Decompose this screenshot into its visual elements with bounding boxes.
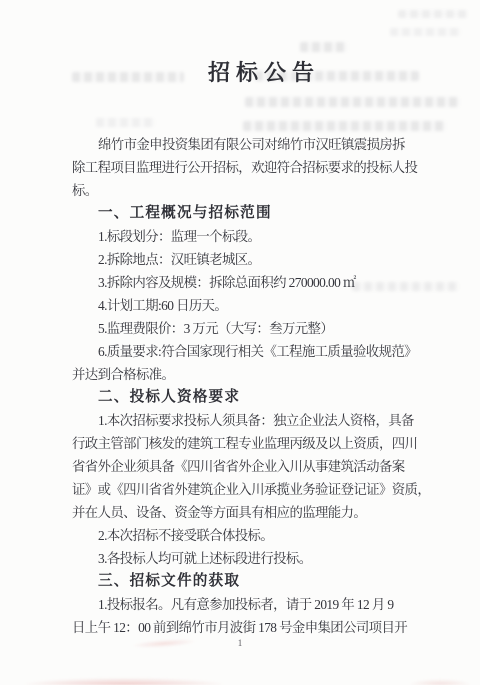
section1-line: 3.拆除内容及规模：拆除总面积约 270000.00 ㎡ <box>72 271 424 294</box>
intro-line: 除工程项目监理进行公开招标，欢迎符合招标要求的投标人投 <box>72 156 424 179</box>
section1-line: 6.质量要求:符合国家现行相关《工程施工质量验收规范》 <box>72 340 424 363</box>
section1-line: 1.标段划分：监理一个标段。 <box>72 225 424 248</box>
section2-line: 2.本次招标不接受联合体投标。 <box>72 524 424 547</box>
section3-line: 1.投标报名。凡有意参加投标者，请于 2019 年 12 月 9 <box>72 593 424 616</box>
section2-line: 行政主管部门核发的建筑工程专业监理丙级及以上资质，四川 <box>72 432 424 455</box>
intro-line: 标。 <box>72 179 424 202</box>
intro-line: 绵竹市金申投资集团有限公司对绵竹市汉旺镇震损房拆 <box>72 133 424 156</box>
section2-line: 证》或《四川省省外建筑企业入川承揽业务验证登记证》资质， <box>72 478 424 501</box>
section1-line: 4.计划工期:60 日历天。 <box>72 294 424 317</box>
section1-line: 并达到合格标准。 <box>72 363 424 386</box>
section2-line: 并在人员、设备、资金等方面具有相应的监理能力。 <box>72 501 424 524</box>
section-heading-bidder-qualifications: 二、投标人资格要求 <box>72 386 424 409</box>
section2-line: 省省外企业须具备《四川省省外企业入川从事建筑活动备案 <box>72 455 424 478</box>
section-heading-obtain-documents: 三、招标文件的获取 <box>72 570 424 593</box>
bleed-through-artifact <box>243 121 446 131</box>
bleed-through-artifact <box>300 42 348 52</box>
document-title: 招标公告 <box>24 56 480 87</box>
bleed-through-artifact <box>398 10 468 18</box>
document-body: 绵竹市金申投资集团有限公司对绵竹市汉旺镇震损房拆 除工程项目监理进行公开招标，欢… <box>72 133 424 639</box>
section3-line: 日上午 12：00 前到绵竹市月波街 178 号金申集团公司项目开 <box>72 616 424 639</box>
section-heading-project-overview: 一、工程概况与招标范围 <box>72 202 424 225</box>
pink-smudge-artifact <box>410 679 470 685</box>
page-number: 1 <box>0 638 480 648</box>
pink-smudge-artifact <box>26 678 222 685</box>
bleed-through-artifact <box>245 97 460 107</box>
section2-line: 1.本次招标要求投标人须具备：独立企业法人资格，具备 <box>72 409 424 432</box>
section1-line: 5.监理费限价：3 万元（大写：叁万元整） <box>72 317 424 340</box>
section1-line: 2.拆除地点：汉旺镇老城区。 <box>72 248 424 271</box>
scanned-document-page: 招标公告 绵竹市金申投资集团有限公司对绵竹市汉旺镇震损房拆 除工程项目监理进行公… <box>0 0 480 685</box>
bleed-through-artifact <box>96 118 156 127</box>
bleed-through-artifact <box>390 28 462 36</box>
section2-line: 3.各投标人均可就上述标段进行投标。 <box>72 547 424 570</box>
